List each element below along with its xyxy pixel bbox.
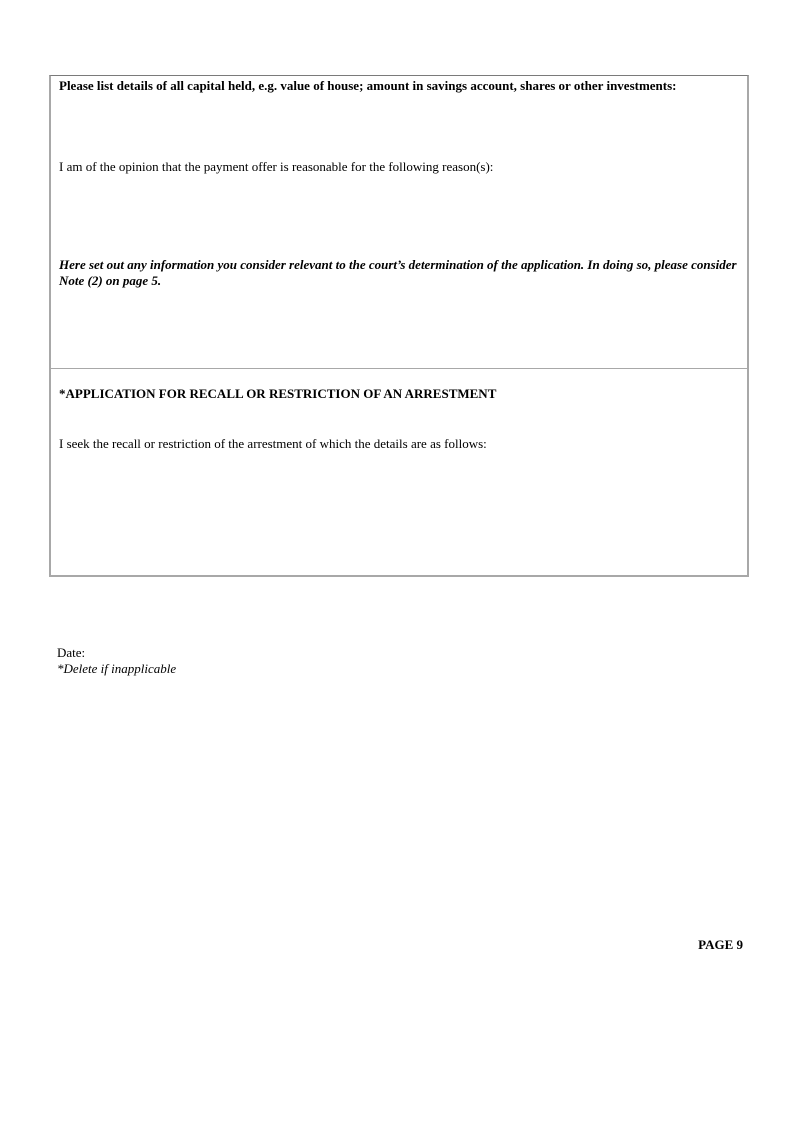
arrestment-section: *APPLICATION FOR RECALL OR RESTRICTION O… <box>51 368 747 577</box>
delete-if-inapplicable-note: *Delete if inapplicable <box>57 661 176 677</box>
capital-section: Please list details of all capital held,… <box>51 76 747 368</box>
capital-prompt: Please list details of all capital held,… <box>59 78 739 94</box>
arrestment-heading: *APPLICATION FOR RECALL OR RESTRICTION O… <box>59 386 739 402</box>
arrestment-details-prompt: I seek the recall or restriction of the … <box>59 436 739 452</box>
reasonable-offer-prompt: I am of the opinion that the payment off… <box>59 159 739 175</box>
relevant-info-prompt: Here set out any information you conside… <box>59 257 739 289</box>
page-number: PAGE 9 <box>698 937 743 953</box>
application-form-box: Please list details of all capital held,… <box>49 75 749 577</box>
date-label: Date: <box>57 645 85 661</box>
